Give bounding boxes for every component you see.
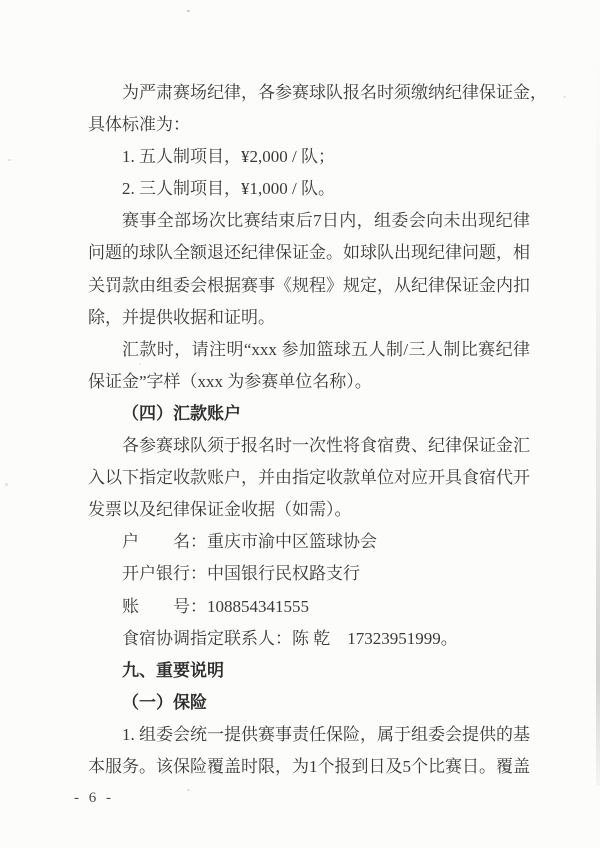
text-line: 保证金”字样（xxx 为参赛单位名称）。 [88,366,530,398]
text-line: 汇款时，请注明“xxx 参加篮球五人制/三人制比赛纪律 [88,334,530,366]
scan-speck [563,96,566,98]
text-line: 入以下指定收款账户，并由指定收款单位对应开具食宿代开 [88,462,530,494]
text-line: 本服务。该保险覆盖时限，为1个报到日及5个比赛日。覆盖 [88,751,530,783]
scan-speck [139,363,141,365]
text-line: 1. 组委会统一提供赛事责任保险，属于组委会提供的基 [88,719,530,751]
account-bank: 开户银行：中国银行民权路支行 [88,558,530,590]
list-item-three-player-fee: 2. 三人制项目，¥1,000 / 队。 [88,173,530,205]
heading-insurance: （一）保险 [88,687,530,719]
contact-person: 食宿协调指定联系人：陈 乾 17323951999。 [88,623,530,655]
text-line: 各参赛球队须于报名时一次性将食宿费、纪律保证金汇 [88,430,530,462]
document-body: 为严肃赛场纪律，各参赛球队报名时须缴纳纪律保证金， 具体标准为： 1. 五人制项… [88,77,530,783]
heading-remittance-account: （四）汇款账户 [88,398,530,430]
text-line: 关罚款由组委会根据赛事《规程》规定，从纪律保证金内扣 [88,270,530,302]
text-line: 为严肃赛场纪律，各参赛球队报名时须缴纳纪律保证金， [88,77,530,109]
text-line: 赛事全部场次比赛结束后7日内，组委会向未出现纪律 [88,205,530,237]
scan-speck [8,159,11,161]
text-line: 问题的球队全额退还纪律保证金。如球队出现纪律问题，相 [88,237,530,269]
account-number: 账 号：108854341555 [88,591,530,623]
list-item-five-player-fee: 1. 五人制项目，¥2,000 / 队； [88,141,530,173]
document-page: 为严肃赛场纪律，各参赛球队报名时须缴纳纪律保证金， 具体标准为： 1. 五人制项… [0,0,600,848]
scan-speck [187,789,190,791]
heading-important-notes: 九、重要说明 [88,655,530,687]
text-line: 除，并提供收据和证明。 [88,302,530,334]
page-number: - 6 - [74,790,114,807]
text-line: 发票以及纪律保证金收据（如需）。 [88,494,530,526]
scan-edge-shadow [596,50,600,785]
scan-speck [5,483,8,486]
account-holder-name: 户 名：重庆市渝中区篮球协会 [88,526,530,558]
text-line: 具体标准为： [88,109,530,141]
scan-speck [187,10,190,12]
